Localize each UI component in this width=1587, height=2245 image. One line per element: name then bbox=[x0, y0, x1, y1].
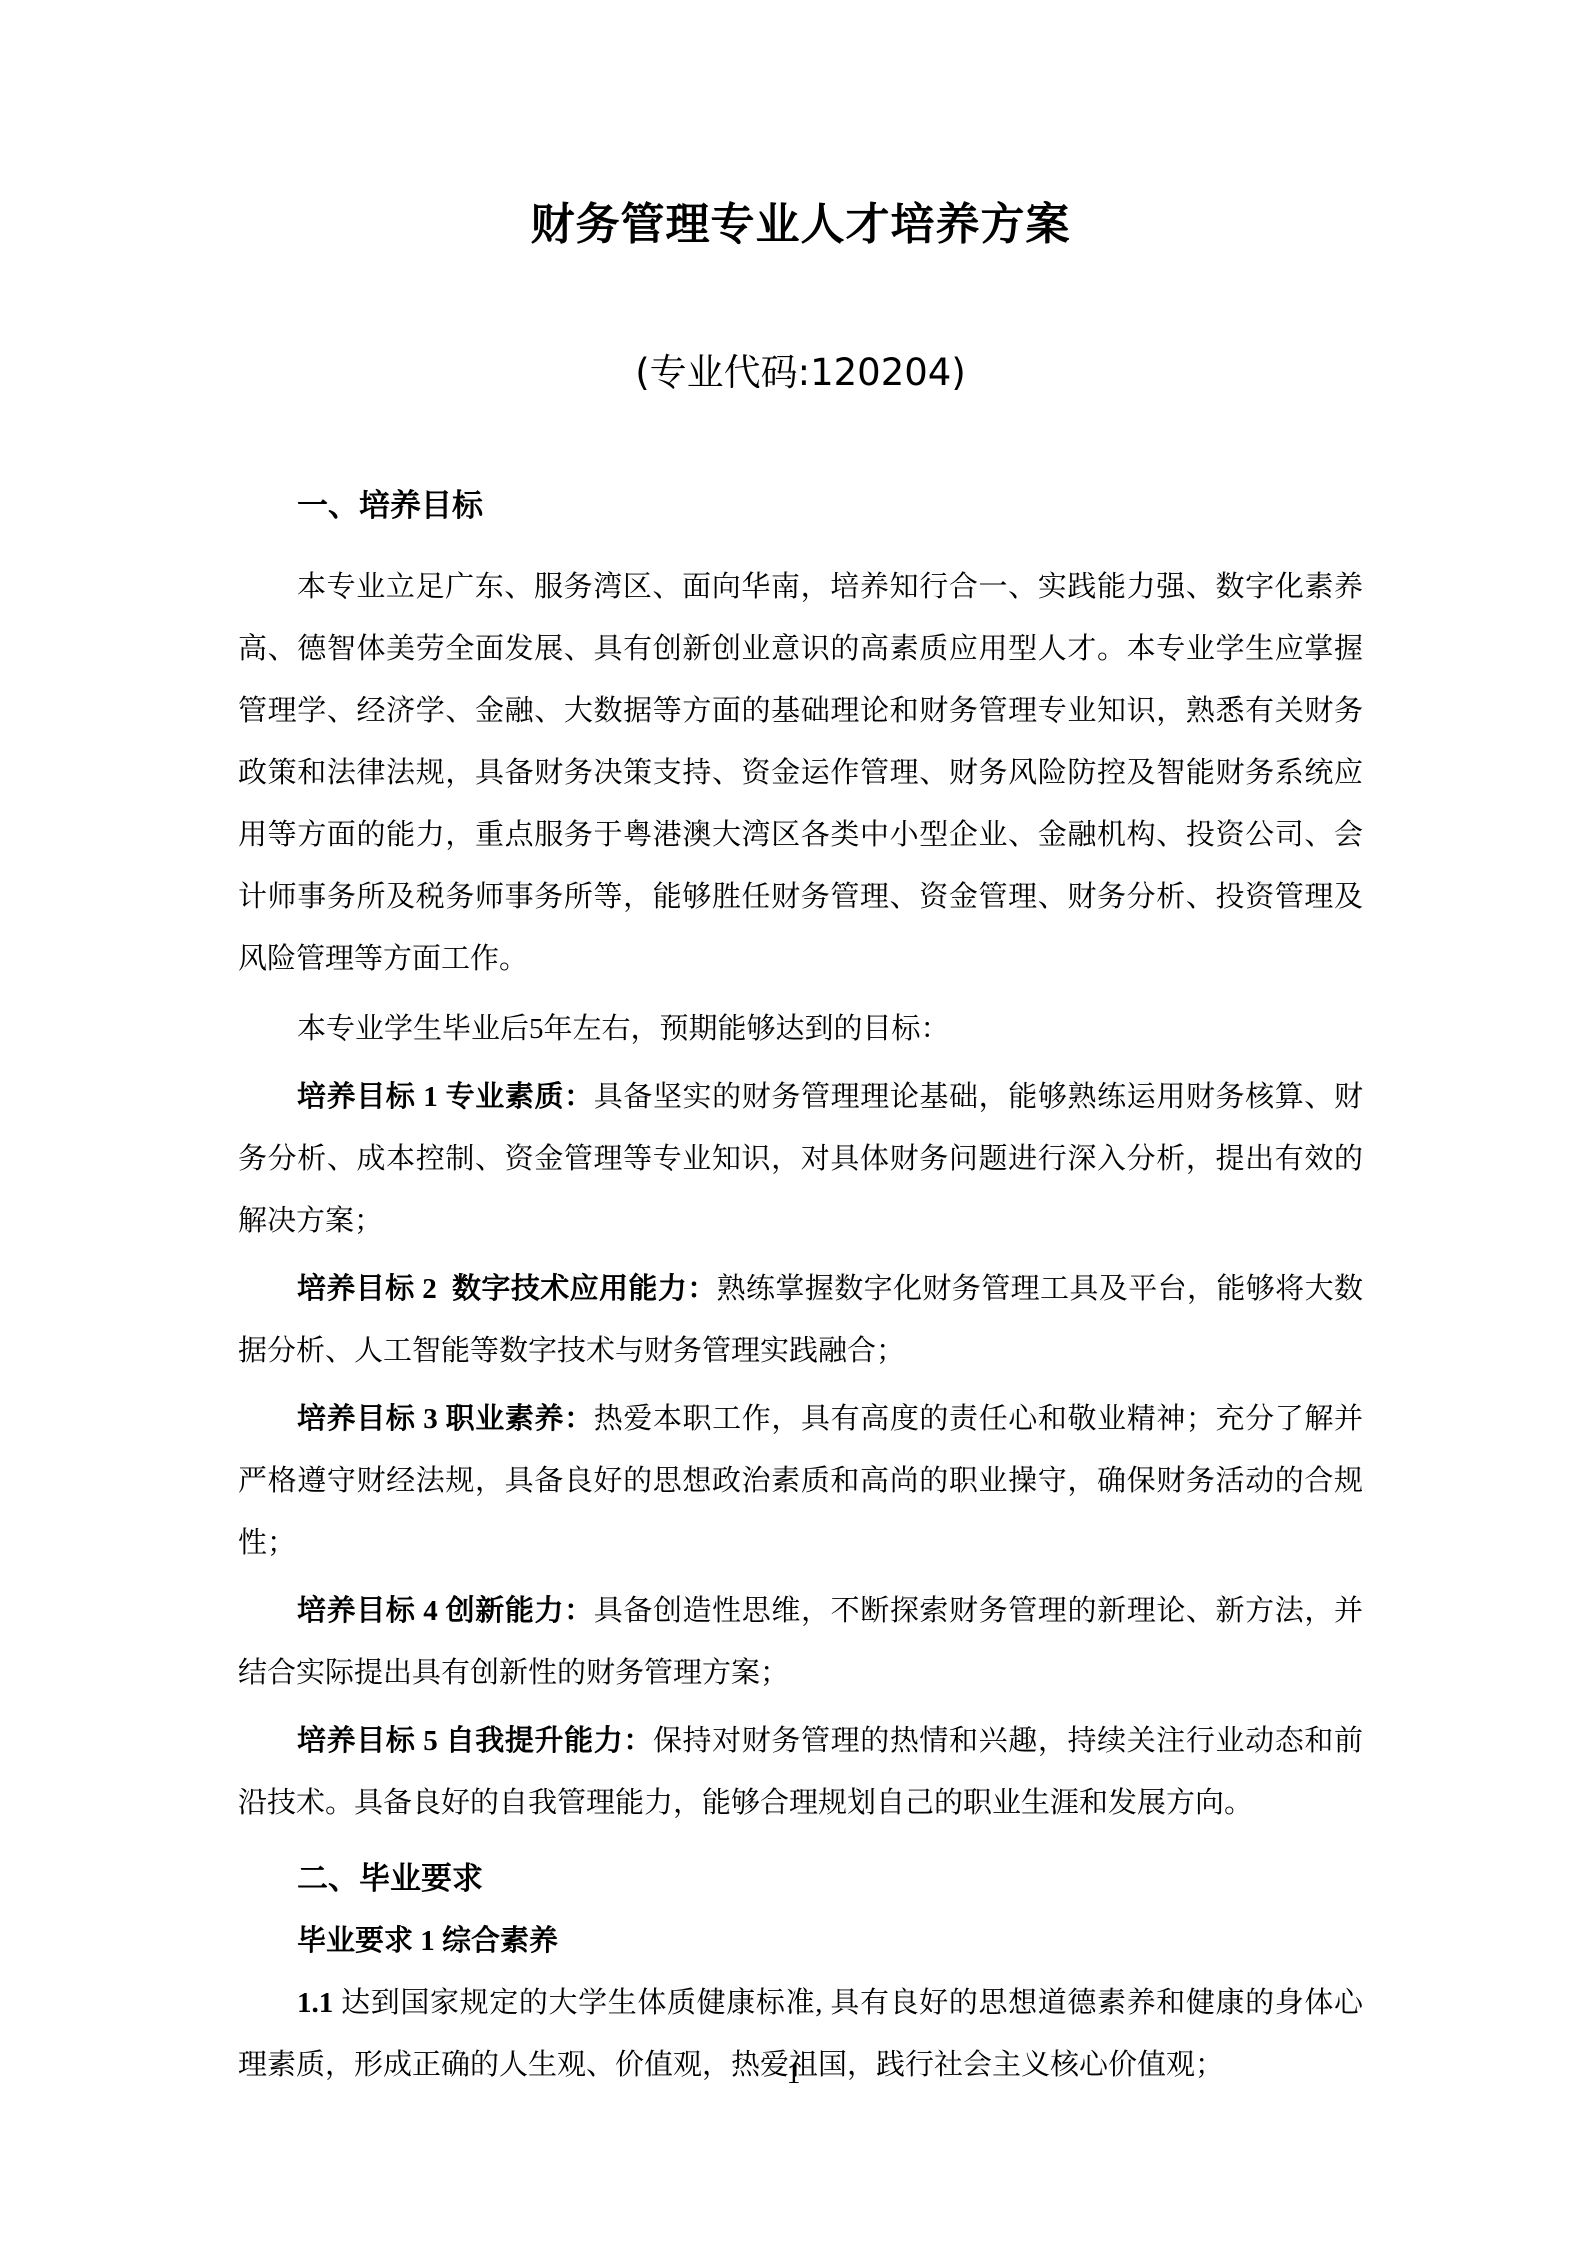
requirement-1-1-label: 1.1 bbox=[297, 1987, 341, 2019]
goal-4-label: 培养目标 4 创新能力： bbox=[297, 1595, 594, 1627]
paragraph-goal-1: 培养目标 1 专业素质：具备坚实的财务管理理论基础，能够熟练运用财务核算、财务分… bbox=[238, 1066, 1363, 1252]
requirement-1-heading: 毕业要求 1 综合素养 bbox=[297, 1910, 1363, 1972]
section-heading-graduation-requirements: 二、毕业要求 bbox=[297, 1848, 1363, 1910]
goal-2-label: 培养目标 2 数字技术应用能力： bbox=[297, 1273, 717, 1305]
paragraph-goal-3: 培养目标 3 职业素养：热爱本职工作，具有高度的责任心和敬业精神；充分了解并严格… bbox=[238, 1388, 1363, 1574]
paragraph-goal-5: 培养目标 5 自我提升能力：保持对财务管理的热情和兴趣，持续关注行业动态和前沿技… bbox=[238, 1710, 1363, 1834]
paragraph-goal-2: 培养目标 2 数字技术应用能力：熟练掌握数字化财务管理工具及平台，能够将大数据分… bbox=[238, 1258, 1363, 1382]
document-subtitle: (专业代码:120204) bbox=[238, 348, 1363, 398]
document-content: 财务管理专业人才培养方案 (专业代码:120204) 一、培养目标 本专业立足广… bbox=[238, 0, 1363, 2096]
paragraph-goal-intro: 本专业学生毕业后5年左右，预期能够达到的目标： bbox=[238, 998, 1363, 1060]
paragraph-goal-4: 培养目标 4 创新能力：具备创造性思维，不断探索财务管理的新理论、新方法，并结合… bbox=[238, 1580, 1363, 1704]
document-page: 财务管理专业人才培养方案 (专业代码:120204) 一、培养目标 本专业立足广… bbox=[0, 0, 1587, 2245]
paragraph-training-overview: 本专业立足广东、服务湾区、面向华南，培养知行合一、实践能力强、数字化素养高、德智… bbox=[238, 556, 1363, 990]
goal-1-label: 培养目标 1 专业素质： bbox=[297, 1081, 594, 1113]
section-heading-training-objectives: 一、培养目标 bbox=[297, 486, 1363, 526]
goal-3-label: 培养目标 3 职业素养： bbox=[297, 1403, 594, 1435]
document-title: 财务管理专业人才培养方案 bbox=[238, 196, 1363, 254]
page-number: 1 bbox=[0, 2058, 1587, 2092]
goal-5-label: 培养目标 5 自我提升能力： bbox=[297, 1725, 653, 1757]
